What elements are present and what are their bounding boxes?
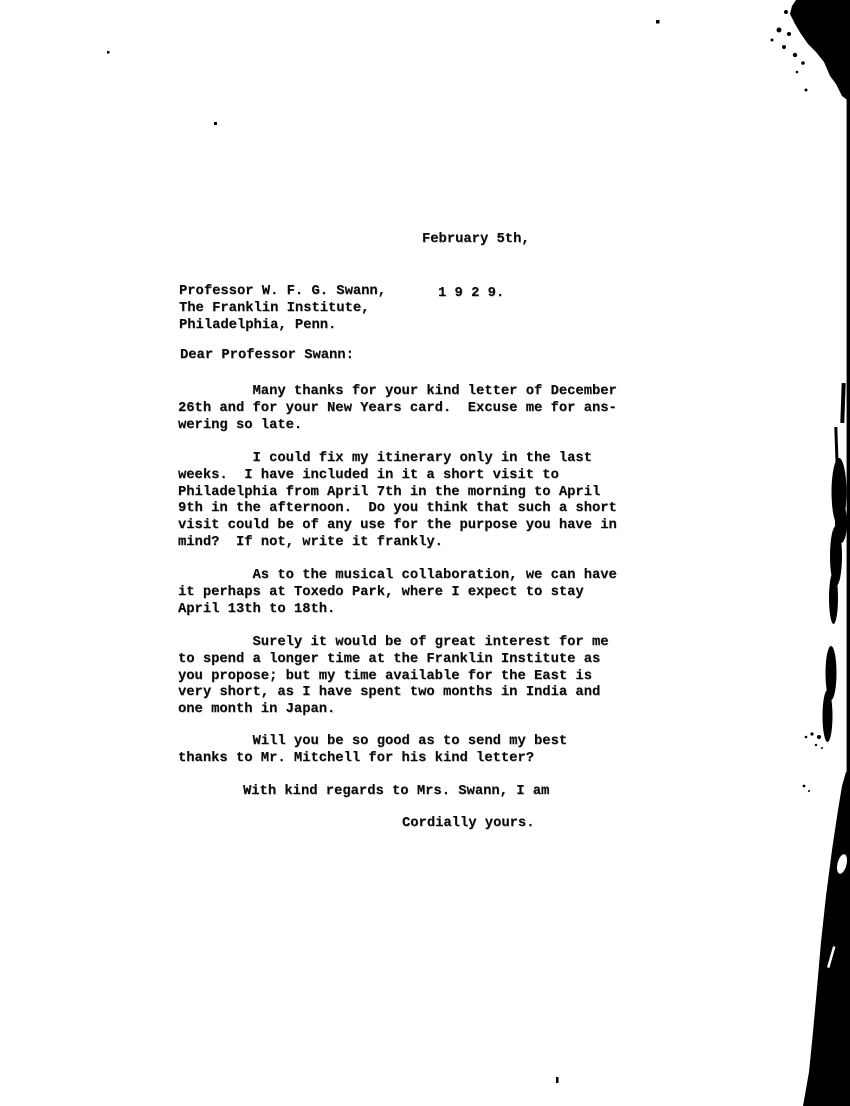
scan-artifacts xyxy=(0,0,850,1106)
closing-regards: With kind regards to Mrs. Swann, I am xyxy=(243,784,549,801)
recipient-address: Professor W. F. G. Swann, The Franklin I… xyxy=(179,284,386,334)
date-block: February 5th, 1 9 2 9. xyxy=(422,197,530,336)
salutation: Dear Professor Swann: xyxy=(180,348,354,365)
scan-edge-line-right xyxy=(847,0,850,1106)
scan-blob-top-right-icon xyxy=(790,0,850,102)
scan-streak-mid-right xyxy=(805,383,847,749)
scan-band-bottom-right xyxy=(803,772,850,1106)
closing-signature: Cordially yours. xyxy=(402,816,534,833)
paragraph-2: I could fix my itinerary only in the las… xyxy=(178,451,617,552)
paragraph-1: Many thanks for your kind letter of Dece… xyxy=(178,384,617,434)
scanned-letter-page: February 5th, 1 9 2 9. Professor W. F. G… xyxy=(0,0,850,1106)
paragraph-5: Will you be so good as to send my best t… xyxy=(178,734,567,768)
paragraph-4: Surely it would be of great interest for… xyxy=(178,635,609,719)
date-line-1: February 5th, xyxy=(422,231,530,248)
paragraph-3: As to the musical collaboration, we can … xyxy=(178,568,617,618)
date-line-2: 1 9 2 9. xyxy=(422,285,530,302)
